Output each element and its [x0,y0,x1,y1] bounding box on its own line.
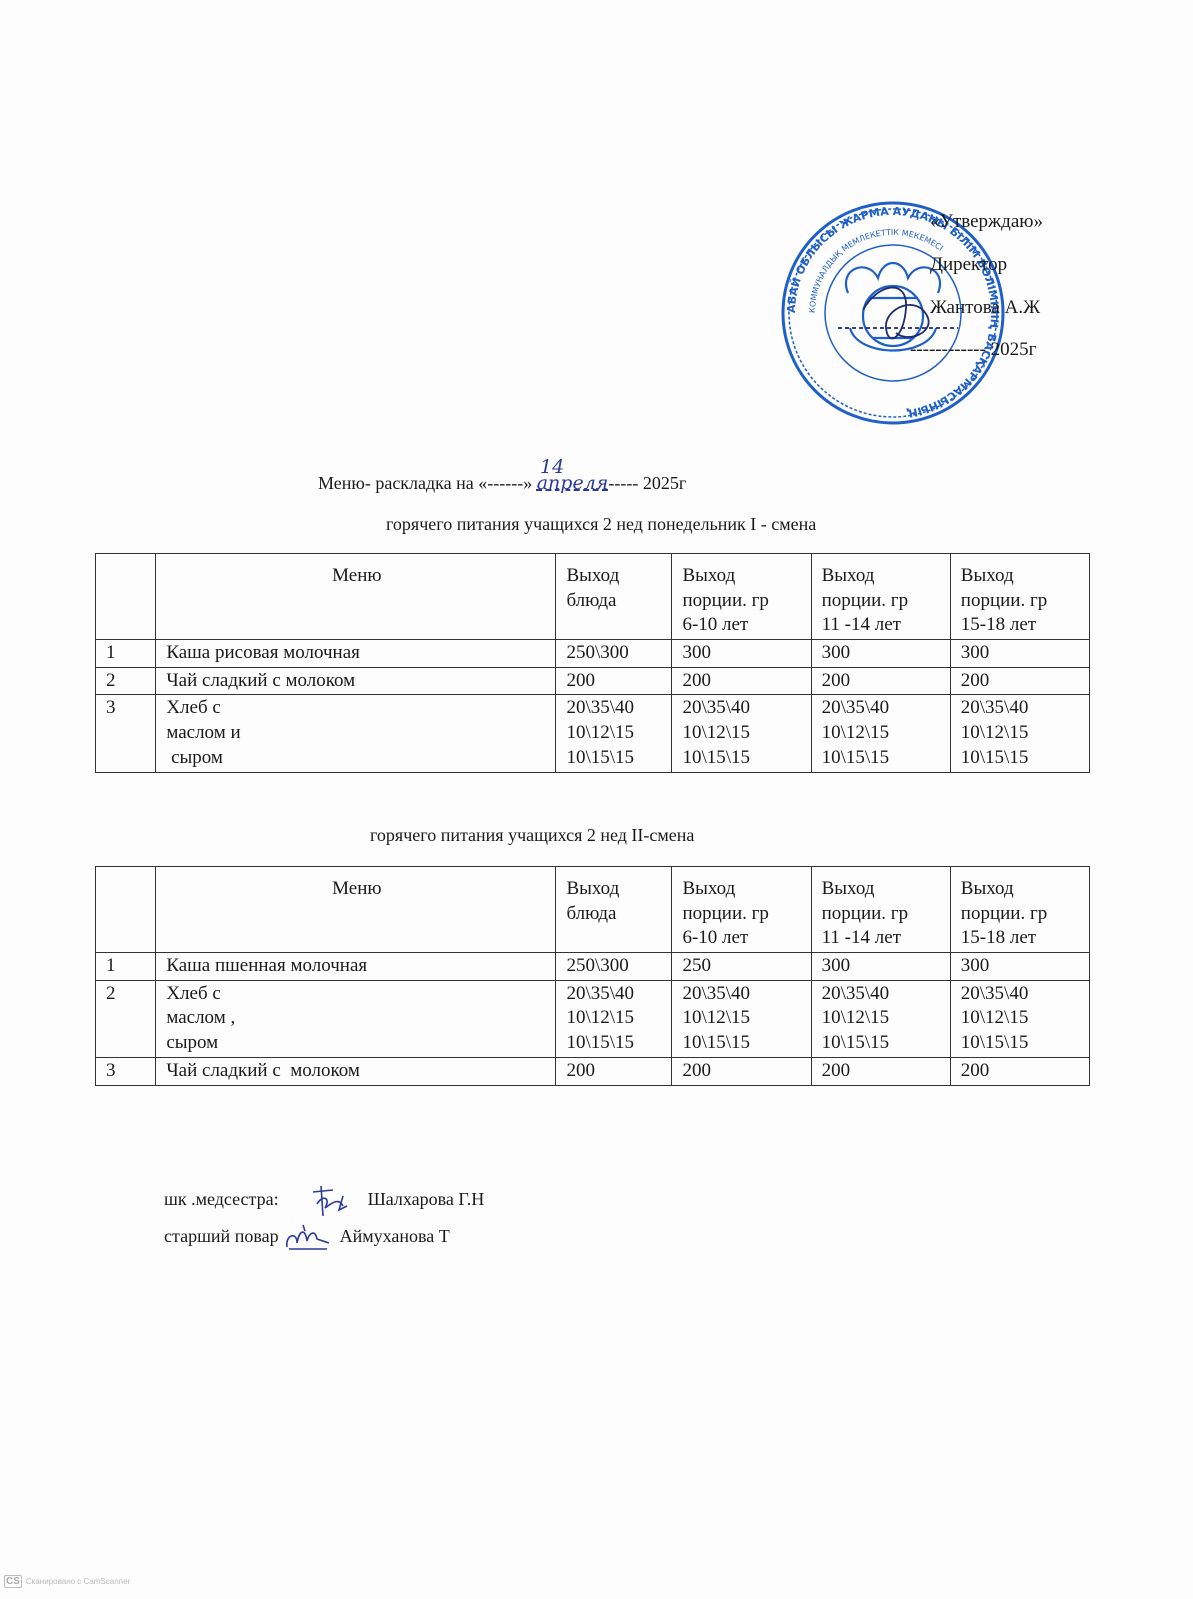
signature-role: шк .медсестра: [164,1189,279,1209]
dish-yield: 250\300 [556,953,672,981]
dish-name: Хлеб смаслом ,сыром [156,980,556,1057]
row-number: 1 [96,953,156,981]
month-dashes: ----- [608,473,638,493]
handwritten-signature-icon [283,1221,333,1255]
header-dish-yield: Выходблюда [556,867,672,953]
portion-6-10: 200 [672,1057,811,1085]
dish-yield: 20\35\4010\12\1510\15\15 [556,695,672,772]
table-row: 3Хлеб смаслом и сыром20\35\4010\12\1510\… [96,695,1090,772]
signature-role: старший повар [164,1226,279,1246]
table2-subtitle: горячего питания учащихся 2 нед II-смена [370,825,694,846]
portion-6-10: 20\35\4010\12\1510\15\15 [672,695,811,772]
signature-name: Шалхарова Г.Н [368,1189,485,1209]
dish-name: Каша рисовая молочная [156,640,556,668]
header-age-6-10: Выходпорции. гр6-10 лет [672,554,811,640]
dish-name: Чай сладкий с молоком [156,1057,556,1085]
portion-15-18: 20\35\4010\12\1510\15\15 [950,695,1089,772]
portion-15-18: 200 [950,1057,1089,1085]
menu-table-shift-2: Меню Выходблюда Выходпорции. гр6-10 лет … [95,866,1090,1086]
row-number: 2 [96,667,156,695]
portion-6-10: 200 [672,667,811,695]
portion-6-10: 20\35\4010\12\1510\15\15 [672,980,811,1057]
table-header-row: Меню Выходблюда Выходпорции. гр6-10 лет … [96,867,1090,953]
table-row: 3Чай сладкий с молоком200200200200 [96,1057,1090,1085]
menu-table-shift-1: Меню Выходблюда Выходпорции. гр6-10 лет … [95,553,1090,773]
dish-name: Чай сладкий с молоком [156,667,556,695]
portion-15-18: 300 [950,640,1089,668]
table-row: 1Каша рисовая молочная250\300300300300 [96,640,1090,668]
header-number [96,554,156,640]
header-menu: Меню [156,554,556,640]
row-number: 3 [96,1057,156,1085]
approver-position: Директор [930,255,1007,274]
signature-cook: старший повар Аймуханова Т [164,1221,450,1255]
header-menu: Меню [156,867,556,953]
scanner-watermark: CS Сканировано с CamScanner [4,1575,130,1588]
portion-11-14: 200 [811,667,950,695]
header-age-15-18: Выходпорции. гр15-18 лет [950,867,1089,953]
dish-yield: 200 [556,667,672,695]
row-number: 2 [96,980,156,1057]
dish-yield: 250\300 [556,640,672,668]
header-age-11-14: Выходпорции. гр11 -14 лет [811,554,950,640]
approver-name: Жантова А.Ж [930,298,1040,317]
portion-6-10: 250 [672,953,811,981]
scanner-text: Сканировано с CamScanner [26,1577,130,1586]
row-number: 3 [96,695,156,772]
portion-6-10: 300 [672,640,811,668]
handwritten-signature-icon [303,1184,353,1218]
table-header-row: Меню Выходблюда Выходпорции. гр6-10 лет … [96,554,1090,640]
camscanner-logo-icon: CS [4,1575,22,1588]
dish-yield: 200 [556,1057,672,1085]
table1-subtitle: горячего питания учащихся 2 нед понедель… [386,514,816,535]
approval-date: ------------ 2025г [910,340,1036,359]
header-age-15-18: Выходпорции. гр15-18 лет [950,554,1089,640]
dish-yield: 20\35\4010\12\1510\15\15 [556,980,672,1057]
dish-name: Каша пшенная молочная [156,953,556,981]
header-age-11-14: Выходпорции. гр11 -14 лет [811,867,950,953]
portion-11-14: 300 [811,640,950,668]
portion-11-14: 20\35\4010\12\1510\15\15 [811,695,950,772]
header-dish-yield: Выходблюда [556,554,672,640]
handwritten-day: 14 [540,456,564,478]
table-row: 2Чай сладкий с молоком200200200200 [96,667,1090,695]
portion-15-18: 200 [950,667,1089,695]
table-row: 2Хлеб смаслом ,сыром20\35\4010\12\1510\1… [96,980,1090,1057]
portion-11-14: 200 [811,1057,950,1085]
title-year: 2025г [643,473,686,493]
dish-name: Хлеб смаслом и сыром [156,695,556,772]
signature-name: Аймуханова Т [340,1226,450,1246]
approve-label: «Утверждаю» [930,212,1043,231]
row-number: 1 [96,640,156,668]
table-row: 1Каша пшенная молочная250\300250300300 [96,953,1090,981]
title-prefix: Меню- раскладка на «------» [318,473,532,493]
header-number [96,867,156,953]
header-age-6-10: Выходпорции. гр6-10 лет [672,867,811,953]
portion-11-14: 300 [811,953,950,981]
portion-15-18: 20\35\4010\12\1510\15\15 [950,980,1089,1057]
document-title: Меню- раскладка на «------» 14 апреля---… [318,472,686,494]
portion-15-18: 300 [950,953,1089,981]
signature-nurse: шк .медсестра: Шалхарова Г.Н [164,1184,484,1218]
portion-11-14: 20\35\4010\12\1510\15\15 [811,980,950,1057]
